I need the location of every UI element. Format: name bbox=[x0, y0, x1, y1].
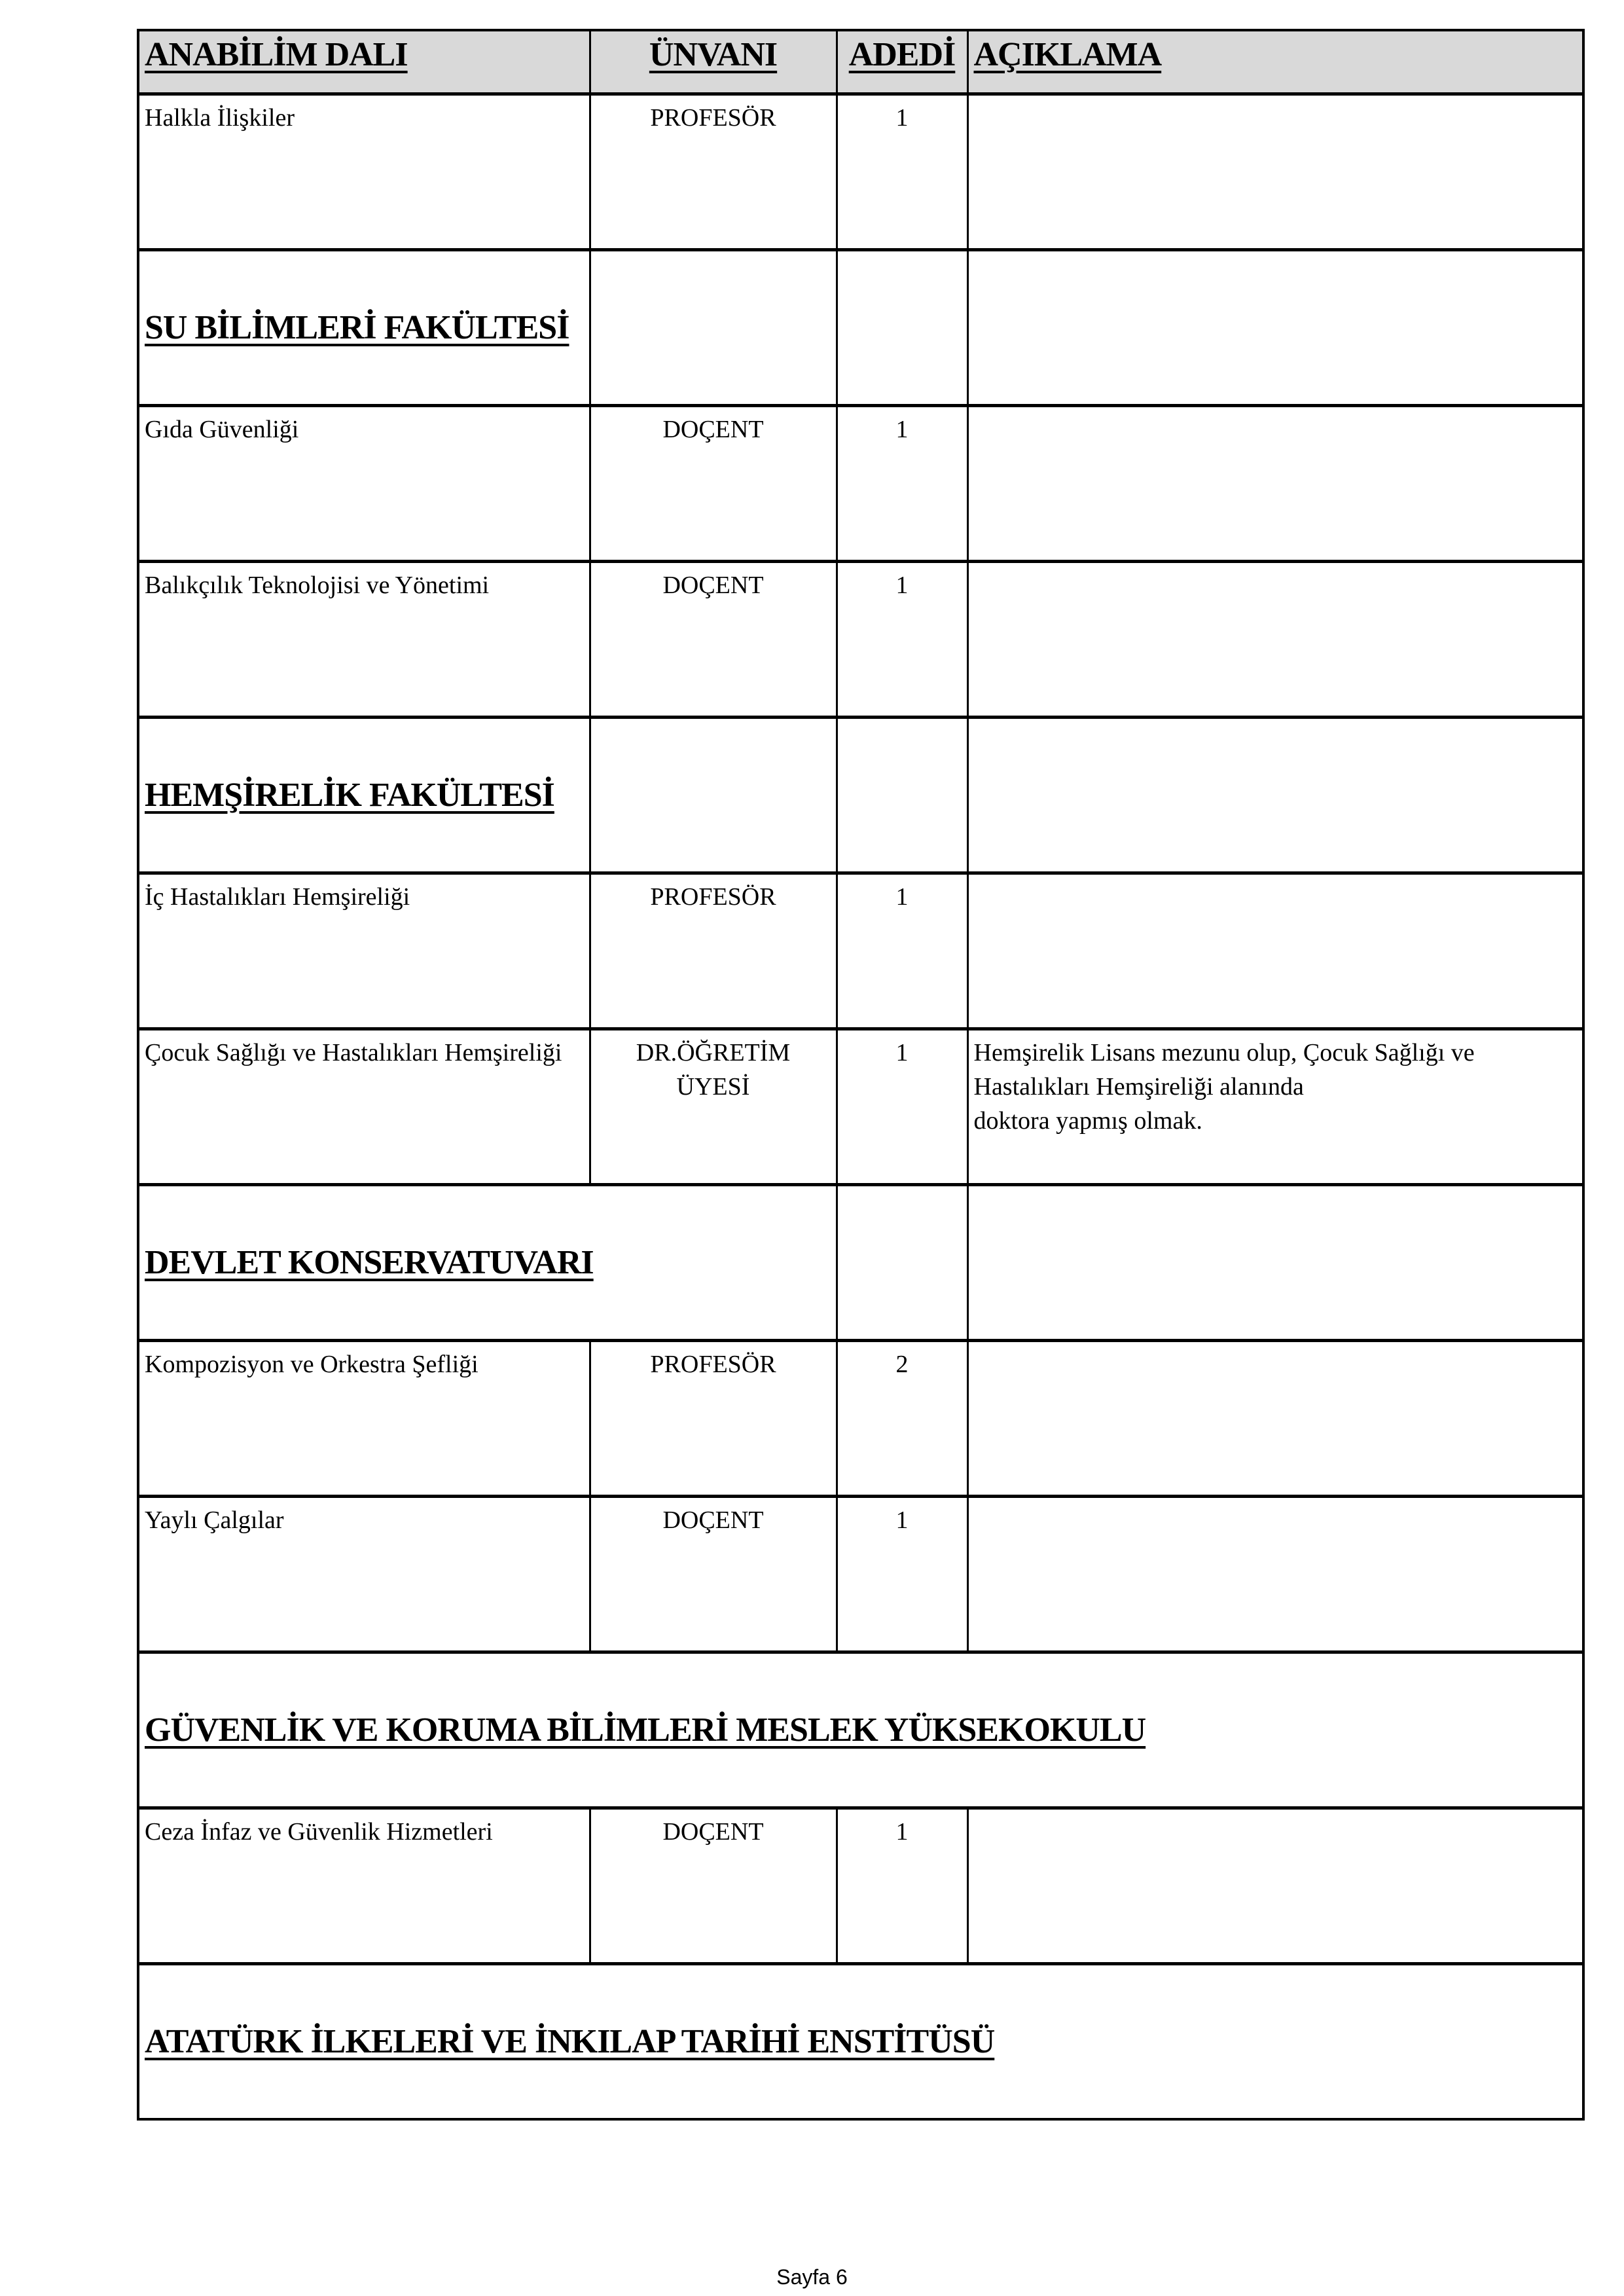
department-cell: Ceza İnfaz ve Güvenlik Hizmetleri bbox=[138, 1808, 590, 1963]
table-body: Halkla İlişkilerPROFESÖR1SU BİLİMLERİ FA… bbox=[138, 94, 1583, 2119]
section-row: DEVLET KONSERVATUVARI bbox=[138, 1184, 1583, 1340]
department-cell: Gıda Güvenliği bbox=[138, 405, 590, 561]
department-cell: Çocuk Sağlığı ve Hastalıkları Hemşireliğ… bbox=[138, 1029, 590, 1184]
count-cell: 1 bbox=[837, 1496, 967, 1652]
note-line: Hemşirelik Lisans mezunu olup, Çocuk Sağ… bbox=[974, 1036, 1583, 1070]
section-heading: SU BİLİMLERİ FAKÜLTESİ bbox=[138, 249, 590, 405]
note-cell bbox=[967, 94, 1583, 249]
empty-cell bbox=[967, 717, 1583, 873]
note-cell bbox=[967, 873, 1583, 1029]
header-count: ADEDİ bbox=[837, 30, 967, 94]
note-cell: Hemşirelik Lisans mezunu olup, Çocuk Sağ… bbox=[967, 1029, 1583, 1184]
header-title: ÜNVANI bbox=[590, 30, 837, 94]
department-cell: Yaylı Çalgılar bbox=[138, 1496, 590, 1652]
note-cell bbox=[967, 1340, 1583, 1496]
note-cell bbox=[967, 1808, 1583, 1963]
table-row: Yaylı ÇalgılarDOÇENT1 bbox=[138, 1496, 1583, 1652]
section-row: ATATÜRK İLKELERİ VE İNKILAP TARİHİ ENSTİ… bbox=[138, 1963, 1583, 2119]
count-cell: 1 bbox=[837, 405, 967, 561]
section-heading: DEVLET KONSERVATUVARI bbox=[138, 1184, 837, 1340]
section-heading: GÜVENLİK VE KORUMA BİLİMLERİ MESLEK YÜKS… bbox=[138, 1652, 1583, 1808]
title-cell: DOÇENT bbox=[590, 1496, 837, 1652]
note-line: doktora yapmış olmak. bbox=[974, 1104, 1583, 1138]
table-row: Ceza İnfaz ve Güvenlik HizmetleriDOÇENT1 bbox=[138, 1808, 1583, 1963]
title-cell: DOÇENT bbox=[590, 405, 837, 561]
header-department: ANABİLİM DALI bbox=[138, 30, 590, 94]
count-cell: 1 bbox=[837, 94, 967, 249]
table-header-row: ANABİLİM DALI ÜNVANI ADEDİ AÇIKLAMA bbox=[138, 30, 1583, 94]
table-row: Gıda GüvenliğiDOÇENT1 bbox=[138, 405, 1583, 561]
table-row: Çocuk Sağlığı ve Hastalıkları Hemşireliğ… bbox=[138, 1029, 1583, 1184]
note-line: Hastalıkları Hemşireliği alanında bbox=[974, 1070, 1583, 1104]
empty-cell bbox=[837, 249, 967, 405]
department-cell: Balıkçılık Teknolojisi ve Yönetimi bbox=[138, 561, 590, 717]
section-heading: HEMŞİRELİK FAKÜLTESİ bbox=[138, 717, 590, 873]
staff-positions-table: ANABİLİM DALI ÜNVANI ADEDİ AÇIKLAMA Halk… bbox=[137, 29, 1585, 2121]
department-cell: Halkla İlişkiler bbox=[138, 94, 590, 249]
count-cell: 1 bbox=[837, 561, 967, 717]
count-cell: 2 bbox=[837, 1340, 967, 1496]
empty-cell bbox=[967, 1184, 1583, 1340]
empty-cell bbox=[837, 1184, 967, 1340]
department-cell: Kompozisyon ve Orkestra Şefliği bbox=[138, 1340, 590, 1496]
table-row: Halkla İlişkilerPROFESÖR1 bbox=[138, 94, 1583, 249]
title-cell: DOÇENT bbox=[590, 1808, 837, 1963]
empty-cell bbox=[967, 249, 1583, 405]
count-cell: 1 bbox=[837, 873, 967, 1029]
title-cell: PROFESÖR bbox=[590, 873, 837, 1029]
page-number: Sayfa 6 bbox=[0, 2265, 1624, 2289]
title-cell: DOÇENT bbox=[590, 561, 837, 717]
note-cell bbox=[967, 561, 1583, 717]
note-cell bbox=[967, 1496, 1583, 1652]
empty-cell bbox=[590, 717, 837, 873]
empty-cell bbox=[590, 249, 837, 405]
table-row: Kompozisyon ve Orkestra ŞefliğiPROFESÖR2 bbox=[138, 1340, 1583, 1496]
count-cell: 1 bbox=[837, 1029, 967, 1184]
section-row: SU BİLİMLERİ FAKÜLTESİ bbox=[138, 249, 1583, 405]
title-line: DR.ÖĞRETİM bbox=[591, 1036, 836, 1070]
title-cell: PROFESÖR bbox=[590, 1340, 837, 1496]
section-row: HEMŞİRELİK FAKÜLTESİ bbox=[138, 717, 1583, 873]
section-heading: ATATÜRK İLKELERİ VE İNKILAP TARİHİ ENSTİ… bbox=[138, 1963, 1583, 2119]
department-cell: İç Hastalıkları Hemşireliği bbox=[138, 873, 590, 1029]
section-row: GÜVENLİK VE KORUMA BİLİMLERİ MESLEK YÜKS… bbox=[138, 1652, 1583, 1808]
title-cell: PROFESÖR bbox=[590, 94, 837, 249]
table-row: Balıkçılık Teknolojisi ve YönetimiDOÇENT… bbox=[138, 561, 1583, 717]
empty-cell bbox=[837, 717, 967, 873]
title-line: ÜYESİ bbox=[591, 1070, 836, 1104]
note-cell bbox=[967, 405, 1583, 561]
table-row: İç Hastalıkları HemşireliğiPROFESÖR1 bbox=[138, 873, 1583, 1029]
title-cell: DR.ÖĞRETİMÜYESİ bbox=[590, 1029, 837, 1184]
header-note: AÇIKLAMA bbox=[967, 30, 1583, 94]
count-cell: 1 bbox=[837, 1808, 967, 1963]
